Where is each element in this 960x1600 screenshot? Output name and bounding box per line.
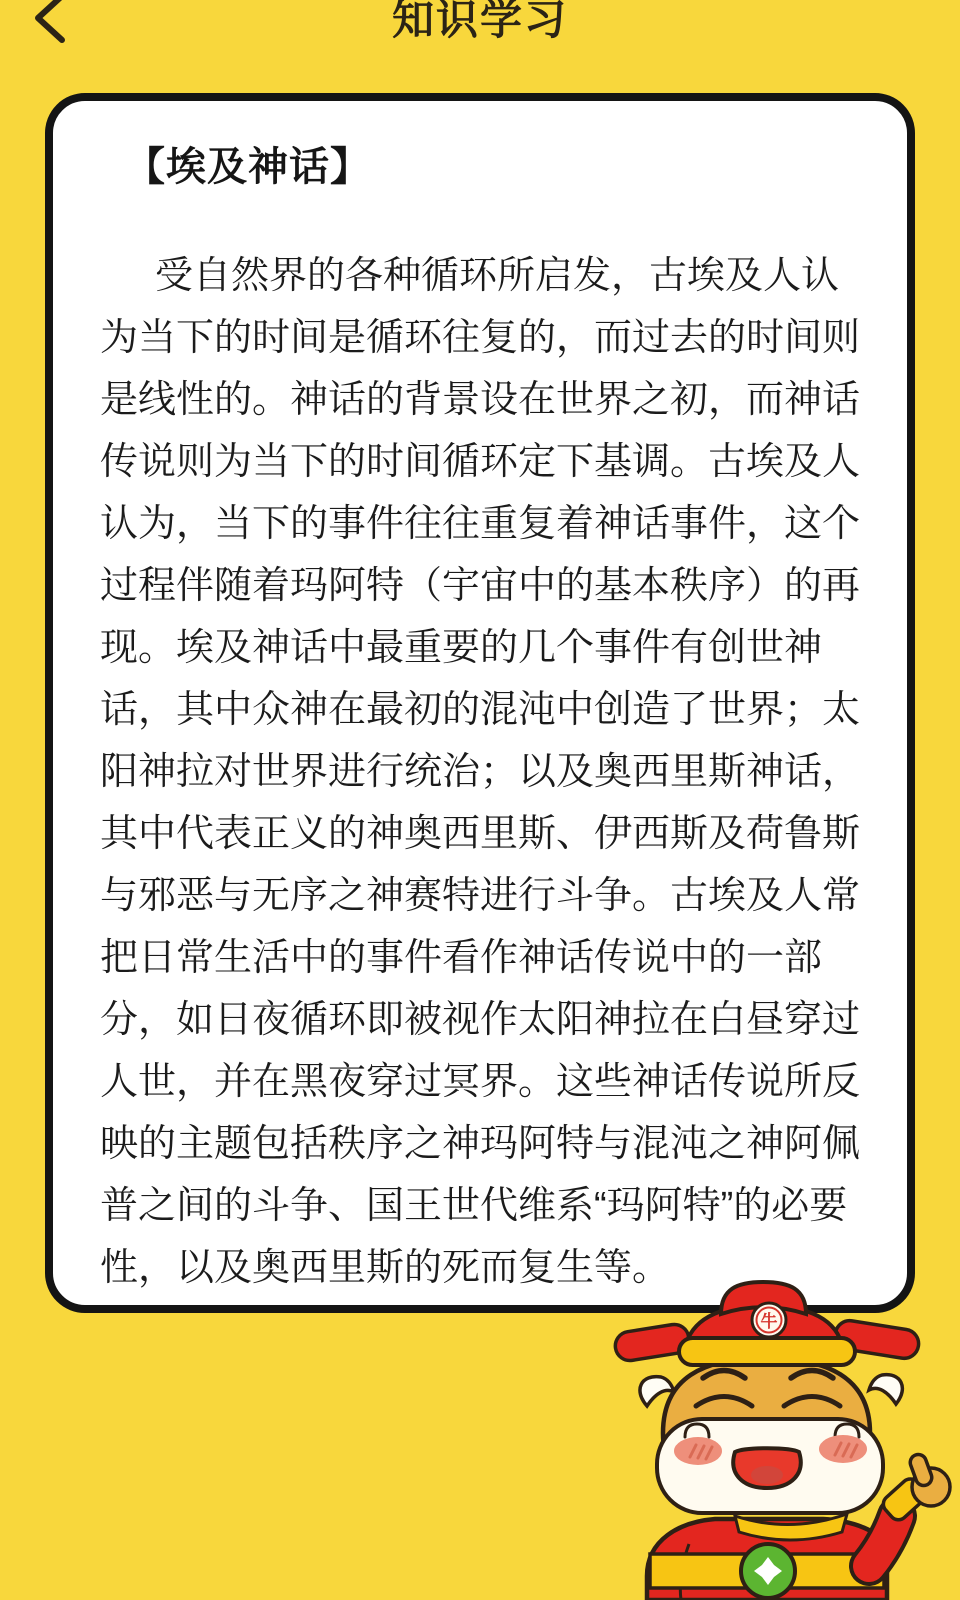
knowledge-learning-screen: 知识学习 【埃及神话】 受自然界的各种循环所启发，古埃及人认为当下的时间是循环往…: [0, 0, 960, 1600]
coin-buckle: [741, 1544, 795, 1598]
card-paragraph: 受自然界的各种循环所启发，古埃及人认为当下的时间是循环往复的，而过去的时间则是线…: [100, 245, 868, 1299]
ox-mascot: 牛: [585, 1278, 960, 1600]
content-card: 【埃及神话】 受自然界的各种循环所启发，古埃及人认为当下的时间是循环往复的，而过…: [45, 93, 915, 1313]
hat-badge-label: 牛: [761, 1311, 778, 1331]
card-heading: 【埃及神话】: [125, 143, 862, 191]
page-title: 知识学习: [0, 0, 960, 47]
wealth-hat: 牛: [679, 1282, 855, 1365]
mouth: [733, 1448, 800, 1488]
ox-mascot-illustration: 牛: [585, 1278, 960, 1600]
